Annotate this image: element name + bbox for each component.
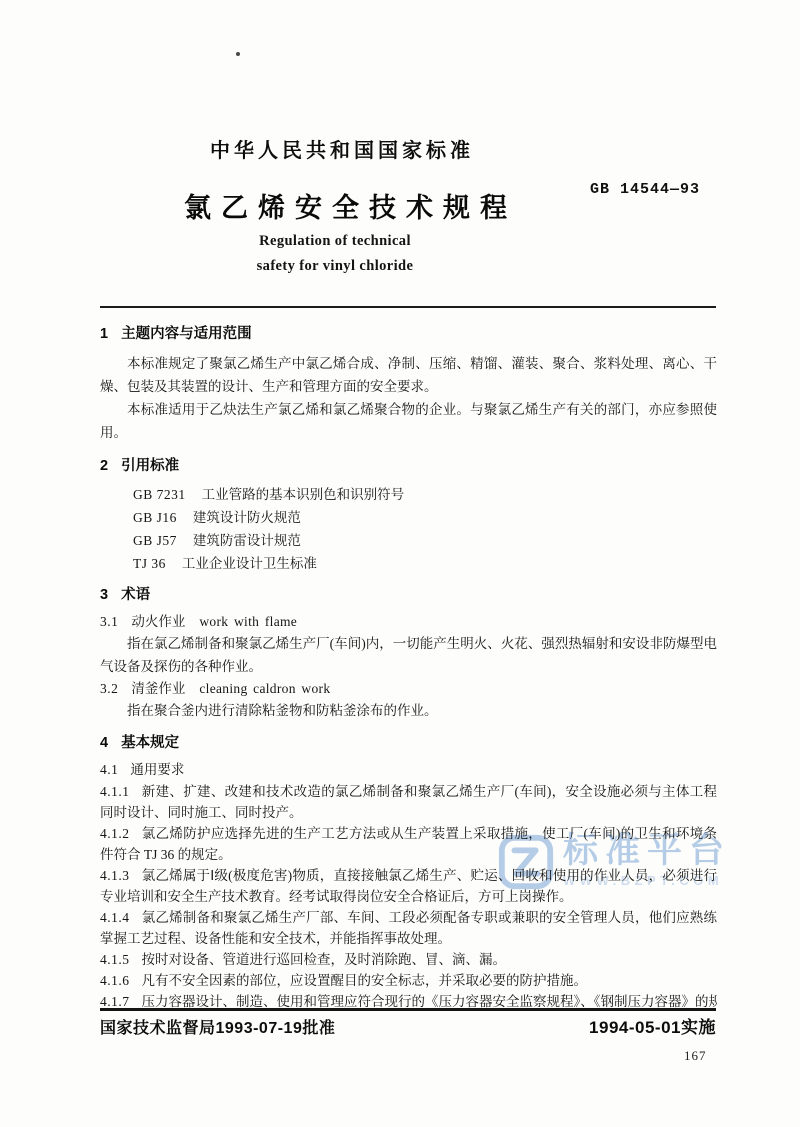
implementation-date-text: 1994-05-01实施 bbox=[589, 1013, 716, 1038]
referenced-standards-list: GB 7231工业管路的基本识别色和识别符号 GB J16建筑设计防火规范 GB… bbox=[100, 483, 717, 575]
clause-4-1-4: 4.1.4氯乙烯制备和聚氯乙烯生产厂部、车间、工段必须配备专职或兼职的安全管理人… bbox=[100, 907, 717, 949]
subsection-4-1-heading: 4.1通用要求 bbox=[100, 759, 717, 781]
clause-number: 4.1.2 bbox=[100, 826, 130, 841]
standard-number: GB 14544—93 bbox=[590, 181, 700, 198]
section-1-heading: 1主题内容与适用范围 bbox=[100, 326, 717, 342]
header-divider-rule bbox=[100, 306, 716, 308]
section-number: 3 bbox=[100, 587, 108, 603]
document-title-en-line1: Regulation of technical bbox=[95, 233, 575, 250]
document-title-zh: 氯乙烯安全技术规程 bbox=[184, 192, 517, 224]
reference-item: GB J16建筑设计防火规范 bbox=[133, 506, 717, 529]
reference-item: TJ 36工业企业设计卫生标准 bbox=[133, 552, 717, 575]
section-title: 引用标准 bbox=[121, 458, 179, 474]
reference-code: GB J16 bbox=[133, 506, 177, 529]
term-definition: 指在氯乙烯制备和聚氯乙烯生产厂(车间)内，一切能产生明火、火花、强烈热辐射和安设… bbox=[100, 633, 717, 678]
term-en: work with flame bbox=[199, 614, 297, 629]
clause-number: 4.1.1 bbox=[100, 784, 130, 799]
section-4-heading: 4基本规定 bbox=[100, 735, 717, 751]
section-1-paragraph: 本标准适用于乙炔法生产氯乙烯和氯乙烯聚合物的企业。与聚氯乙烯生产有关的部门，亦应… bbox=[100, 398, 717, 444]
reference-title: 建筑防雷设计规范 bbox=[193, 533, 301, 548]
clause-number: 4.1.4 bbox=[100, 910, 130, 925]
footer: 国家技术监督局1993-07-19批准 1994-05-01实施 bbox=[100, 1013, 716, 1038]
clause-text: 凡有不安全因素的部位，应设置醒目的安全标志，并采取必要的防护措施。 bbox=[142, 973, 588, 988]
clause-text: 压力容器设计、制造、使用和管理应符合现行的《压力容器安全监察规程》、《钢制压力容… bbox=[142, 994, 718, 1009]
clause-4-1-6: 4.1.6凡有不安全因素的部位，应设置醒目的安全标志，并采取必要的防护措施。 bbox=[100, 970, 717, 991]
clause-number: 4.1.3 bbox=[100, 868, 130, 883]
clause-text: 氯乙烯防护应选择先进的生产工艺方法或从生产装置上采取措施，使工厂(车间)的卫生和… bbox=[100, 826, 717, 862]
subsection-title: 通用要求 bbox=[130, 762, 184, 777]
section-title: 基本规定 bbox=[121, 735, 179, 751]
term-definition: 指在聚合釜内进行清除粘釜物和防粘釜涂布的作业。 bbox=[100, 700, 717, 723]
section-number: 2 bbox=[100, 458, 108, 474]
term-zh: 清釜作业 bbox=[131, 681, 185, 696]
reference-code: GB J57 bbox=[133, 529, 177, 552]
term-entry: 3.1动火作业work with flame bbox=[100, 611, 717, 633]
clause-number: 4.1.5 bbox=[100, 952, 130, 967]
reference-code: GB 7231 bbox=[133, 483, 186, 506]
term-number: 3.1 bbox=[100, 614, 118, 629]
reference-title: 工业管路的基本识别色和识别符号 bbox=[202, 487, 405, 502]
term-zh: 动火作业 bbox=[131, 614, 185, 629]
clause-text: 按时对设备、管道进行巡回检查，及时消除跑、冒、滴、漏。 bbox=[142, 952, 507, 967]
section-title: 主题内容与适用范围 bbox=[121, 326, 252, 342]
reference-title: 工业企业设计卫生标准 bbox=[182, 556, 317, 571]
clause-4-1-7: 4.1.7压力容器设计、制造、使用和管理应符合现行的《压力容器安全监察规程》、《… bbox=[100, 991, 717, 1012]
term-number: 3.2 bbox=[100, 681, 118, 696]
page-number: 167 bbox=[684, 1048, 707, 1064]
clause-number: 4.1.7 bbox=[100, 994, 130, 1009]
section-3-heading: 3术语 bbox=[100, 587, 717, 603]
clause-4-1-1: 4.1.1新建、扩建、改建和技术改造的氯乙烯制备和聚氯乙烯生产厂(车间)，安全设… bbox=[100, 781, 717, 823]
clause-text: 氯乙烯属于Ⅰ级(极度危害)物质，直接接触氯乙烯生产、贮运、回收和使用的作业人员，… bbox=[100, 868, 717, 904]
scanned-standard-page: 标准平台 WWW.BZPT.COM 中华人民共和国国家标准 GB 14544—9… bbox=[0, 0, 800, 1127]
clause-number: 4.1.6 bbox=[100, 973, 130, 988]
reference-item: GB 7231工业管路的基本识别色和识别符号 bbox=[133, 483, 717, 506]
reference-title: 建筑设计防火规范 bbox=[193, 510, 301, 525]
section-number: 1 bbox=[100, 326, 108, 342]
document-body: 1主题内容与适用范围 本标准规定了聚氯乙烯生产中氯乙烯合成、净制、压缩、精馏、灌… bbox=[100, 326, 717, 1012]
clause-text: 新建、扩建、改建和技术改造的氯乙烯制备和聚氯乙烯生产厂(车间)，安全设施必须与主… bbox=[100, 784, 717, 820]
section-1-paragraph: 本标准规定了聚氯乙烯生产中氯乙烯合成、净制、压缩、精馏、灌装、聚合、浆料处理、离… bbox=[100, 352, 717, 398]
approval-date-text: 国家技术监督局1993-07-19批准 bbox=[100, 1015, 335, 1038]
clause-4-1-2: 4.1.2氯乙烯防护应选择先进的生产工艺方法或从生产装置上采取措施，使工厂(车间… bbox=[100, 823, 717, 865]
reference-code: TJ 36 bbox=[133, 552, 166, 575]
term-en: cleaning caldron work bbox=[199, 681, 330, 696]
section-title: 术语 bbox=[121, 587, 150, 603]
clause-text: 氯乙烯制备和聚氯乙烯生产厂部、车间、工段必须配备专职或兼职的安全管理人员，他们应… bbox=[100, 910, 717, 946]
reference-item: GB J57建筑防雷设计规范 bbox=[133, 529, 717, 552]
section-2-heading: 2引用标准 bbox=[100, 458, 717, 474]
document-title-en-line2: safety for vinyl chloride bbox=[95, 258, 575, 275]
clause-4-1-3: 4.1.3氯乙烯属于Ⅰ级(极度危害)物质，直接接触氯乙烯生产、贮运、回收和使用的… bbox=[100, 865, 717, 907]
term-entry: 3.2清釜作业cleaning caldron work bbox=[100, 678, 717, 700]
national-standard-authority-line: 中华人民共和国国家标准 bbox=[210, 139, 474, 163]
section-number: 4 bbox=[100, 735, 108, 751]
scan-artifact-dot bbox=[236, 52, 240, 56]
clause-4-1-5: 4.1.5按时对设备、管道进行巡回检查，及时消除跑、冒、滴、漏。 bbox=[100, 949, 717, 970]
subsection-number: 4.1 bbox=[100, 762, 118, 777]
